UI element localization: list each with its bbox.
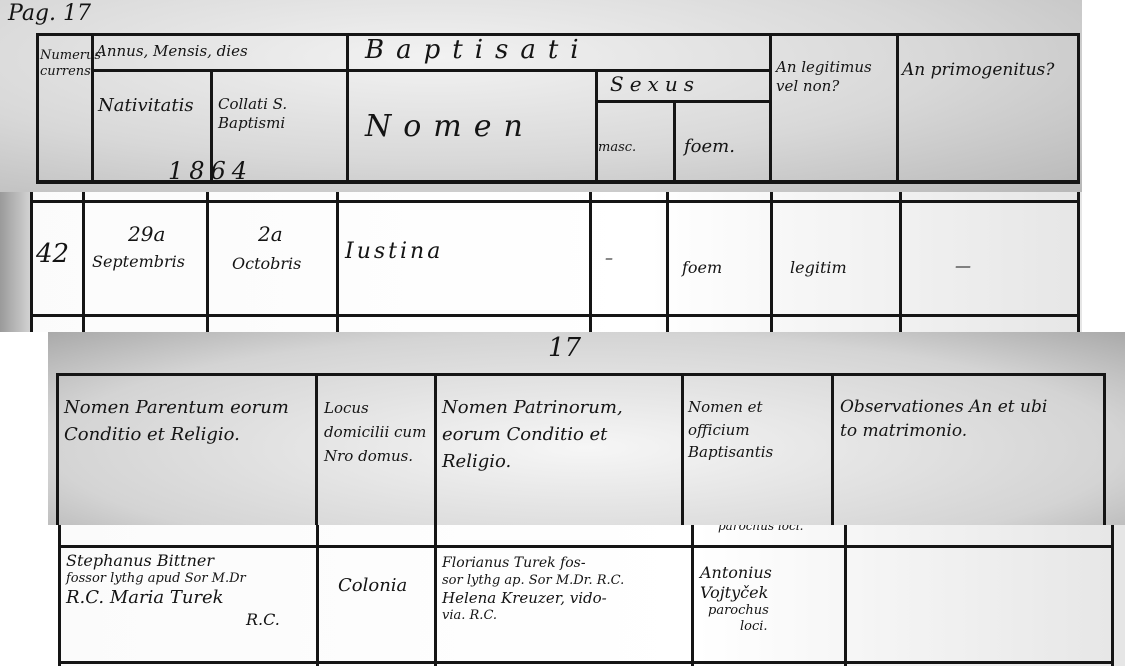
- entry-number: 42: [36, 238, 69, 271]
- rule: [30, 192, 33, 332]
- parents-line: Stephanus Bittner: [66, 551, 312, 571]
- entry-godparents: Florianus Turek fos- sor lythg ap. Sor M…: [442, 555, 687, 624]
- godparents-line: Helena Kreuzer, vido-: [442, 589, 687, 608]
- page-label: Pag. 17: [8, 0, 91, 28]
- header-nomen: Nomen: [365, 108, 585, 146]
- rule: [58, 545, 1114, 548]
- entry-strip-right: parochus loci. Stephanus Bittner fossor …: [58, 525, 1125, 666]
- entry-birth-day: 29a: [128, 222, 165, 247]
- rule: [595, 69, 598, 183]
- entry-foem: foem: [682, 258, 722, 278]
- rule: [30, 314, 1080, 317]
- header-baptisati: Baptisati: [365, 34, 765, 67]
- entry-child-name: Iustina: [345, 238, 443, 266]
- godparents-line: sor lythg ap. Sor M.Dr. R.C.: [442, 573, 687, 589]
- entry-domicile: Colonia: [338, 575, 407, 598]
- rule: [316, 525, 319, 666]
- entry-masc: –: [605, 248, 613, 268]
- rule: [315, 373, 318, 525]
- rule: [666, 192, 669, 332]
- header-strip-left: Pag. 17 Numerus currens Annus, Mensis, d…: [0, 0, 1082, 192]
- year-label: 1864: [168, 156, 253, 186]
- rule: [595, 100, 770, 103]
- rule: [1103, 373, 1106, 525]
- rule: [36, 33, 39, 183]
- godparents-line: Florianus Turek fos-: [442, 555, 687, 573]
- rule: [434, 373, 437, 525]
- rule: [30, 200, 1080, 203]
- rule: [1077, 33, 1080, 183]
- header-masc: masc.: [598, 140, 668, 156]
- parents-line: fossor lythg apud Sor M.Dr: [66, 571, 312, 587]
- entry-baptism-month: Octobris: [232, 254, 301, 274]
- fragment-above-baptizer: parochus loci.: [718, 525, 803, 534]
- parents-line: R.C.: [246, 610, 312, 630]
- rule: [336, 192, 339, 332]
- rule: [56, 373, 59, 525]
- godparents-line: via. R.C.: [442, 608, 687, 624]
- rule: [831, 373, 834, 525]
- rule: [770, 192, 773, 332]
- entry-legitimus: legitim: [790, 258, 847, 278]
- header-foem: foem.: [684, 136, 764, 159]
- rule: [58, 525, 61, 666]
- rule: [899, 192, 902, 332]
- rule: [844, 525, 847, 666]
- header-domicile: Locus domicilii cum Nro domus.: [324, 396, 428, 468]
- entry-parents: Stephanus Bittner fossor lythg apud Sor …: [66, 551, 312, 630]
- rule: [896, 33, 899, 183]
- header-observations: Observationes An et ubi to matrimonio.: [840, 396, 1060, 444]
- header-collati-baptismi: Collati S. Baptismi: [218, 95, 342, 133]
- page-number-right: 17: [548, 332, 581, 365]
- entry-strip-left: 42 29a Septembris 2a Octobris Iustina – …: [0, 192, 1082, 332]
- rule: [434, 525, 437, 666]
- header-baptizer: Nomen et officium Baptisantis: [688, 396, 828, 464]
- rule: [1111, 525, 1114, 666]
- entry-baptizer: Antonius Vojtyček parochus loci.: [700, 563, 840, 636]
- baptizer-line: Antonius: [700, 563, 840, 583]
- parents-line: R.C. Maria Turek: [66, 587, 312, 610]
- rule: [681, 373, 684, 525]
- rule: [589, 192, 592, 332]
- header-parents: Nomen Parentum eorum Conditio et Religio…: [64, 394, 309, 448]
- header-strip-right: 17 Nomen Parentum eorum Conditio et Reli…: [48, 332, 1125, 525]
- rule: [92, 69, 347, 72]
- rule: [673, 100, 676, 183]
- rule: [769, 33, 772, 183]
- rule: [691, 525, 694, 666]
- rule: [56, 373, 1106, 376]
- header-numerus-currens: Numerus currens: [40, 48, 88, 81]
- rule: [82, 192, 85, 332]
- header-legitimus: An legitimus vel non?: [776, 58, 892, 96]
- rule: [1077, 192, 1080, 332]
- entry-primogenitus: —: [955, 256, 971, 276]
- baptizer-line: Vojtyček: [700, 583, 840, 603]
- header-sexus: Sexus: [610, 72, 760, 97]
- baptizer-line: loci.: [740, 619, 840, 635]
- header-annus-mensis-dies: Annus, Mensis, dies: [96, 42, 346, 61]
- entry-birth-month: Septembris: [92, 252, 185, 272]
- baptizer-line: parochus: [708, 603, 840, 619]
- rule: [58, 661, 1114, 664]
- rule: [346, 33, 349, 183]
- rule: [206, 192, 209, 332]
- header-godparents: Nomen Patrinorum, eorum Conditio et Reli…: [442, 394, 676, 475]
- header-primogenitus: An primogenitus?: [902, 60, 1062, 81]
- header-nativitatis: Nativitatis: [98, 95, 206, 118]
- entry-baptism-day: 2a: [258, 222, 283, 247]
